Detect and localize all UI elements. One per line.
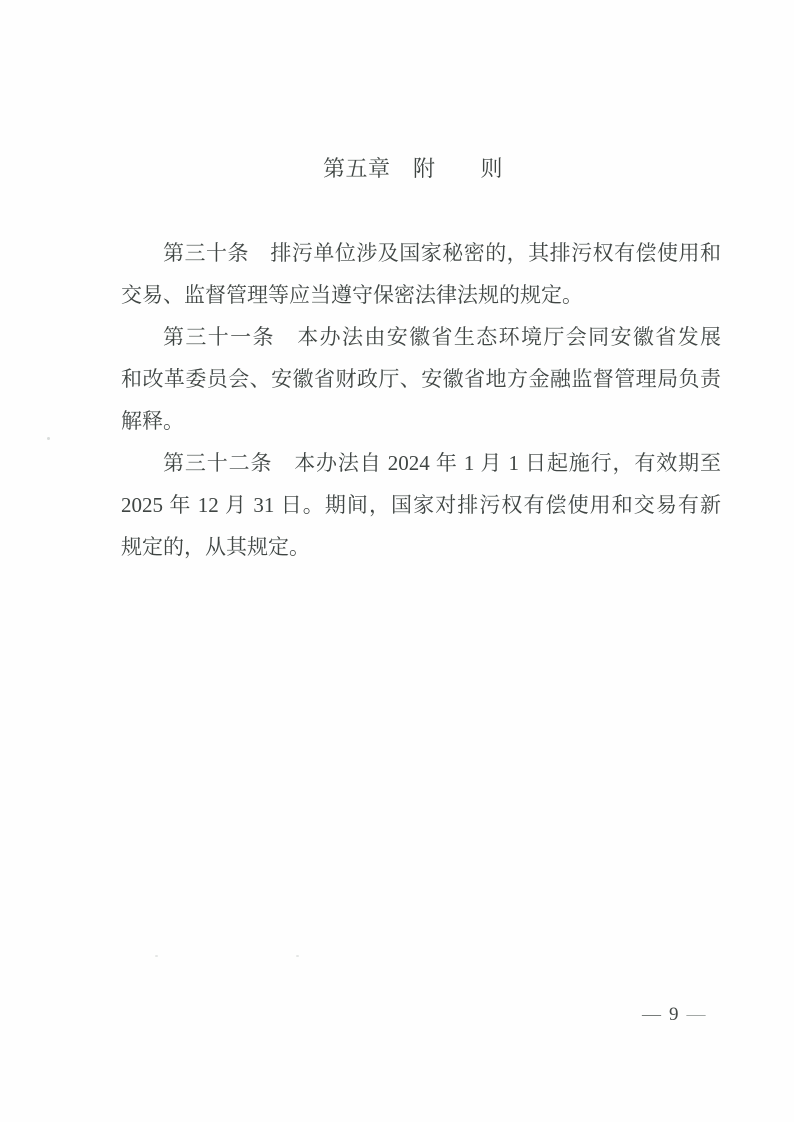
page-number-value: 9 — [669, 1004, 679, 1025]
paragraph-article-32: 第三十二条 本办法自 2024 年 1 月 1 日起施行，有效期至 2025 年… — [121, 442, 721, 568]
paragraph-article-31: 第三十一条 本办法由安徽省生态环境厅会同安徽省发展 和改革委员会、安徽省财政厅、… — [121, 316, 721, 442]
paragraph-article-30: 第三十条 排污单位涉及国家秘密的，其排污权有偿使用和 交易、监督管理等应当遵守保… — [121, 232, 721, 316]
scan-speck — [296, 955, 299, 957]
chapter-title: 第五章 附 则 — [113, 148, 713, 190]
scan-speck — [47, 437, 50, 440]
page-number-dash-right: — — [687, 1004, 706, 1025]
scanned-document-page: 第五章 附 则 第三十条 排污单位涉及国家秘密的，其排污权有偿使用和 交易、监督… — [0, 0, 794, 1122]
article-31-line-1: 第三十一条 本办法由安徽省生态环境厅会同安徽省发展 — [121, 316, 721, 358]
article-32-line-2: 2025 年 12 月 31 日。期间，国家对排污权有偿使用和交易有新 — [121, 484, 721, 526]
article-30-line-2: 交易、监督管理等应当遵守保密法律法规的规定。 — [121, 274, 721, 316]
article-32-line-3: 规定的，从其规定。 — [121, 526, 721, 568]
article-31-line-3: 解释。 — [121, 400, 721, 442]
document-body: 第三十条 排污单位涉及国家秘密的，其排污权有偿使用和 交易、监督管理等应当遵守保… — [121, 232, 721, 568]
article-30-line-1: 第三十条 排污单位涉及国家秘密的，其排污权有偿使用和 — [121, 232, 721, 274]
page-number: —9— — [642, 1002, 706, 1028]
article-31-line-2: 和改革委员会、安徽省财政厅、安徽省地方金融监督管理局负责 — [121, 358, 721, 400]
page-number-dash-left: — — [642, 1004, 661, 1025]
scan-speck — [155, 955, 158, 957]
article-32-line-1: 第三十二条 本办法自 2024 年 1 月 1 日起施行，有效期至 — [121, 442, 721, 484]
